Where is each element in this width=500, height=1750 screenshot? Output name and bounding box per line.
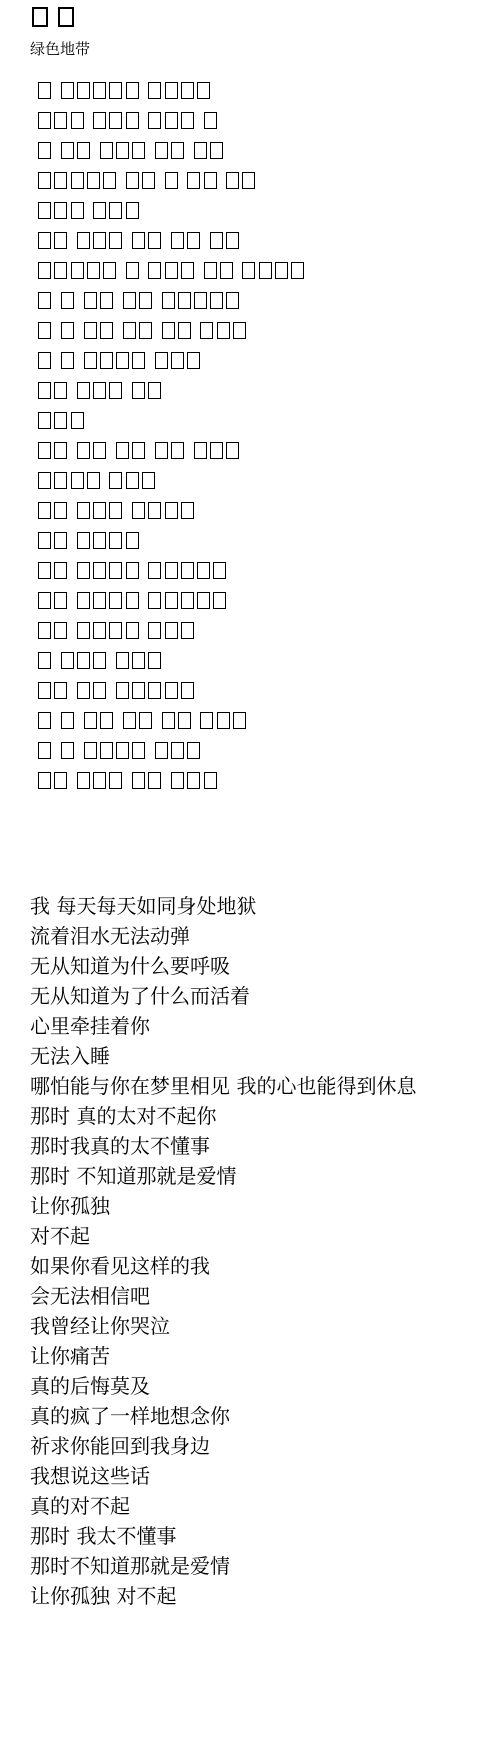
lyrics-page: 绿色地带 我 每天每天如同身处地狱流着泪水无法动弹无从知道为什么要呼吸无从知道为… <box>0 0 500 1612</box>
missing-glyph-box <box>148 622 161 639</box>
missing-glyph-box <box>116 142 129 159</box>
missing-glyph-box <box>123 292 136 309</box>
missing-glyph-box <box>84 292 97 309</box>
missing-glyph-box <box>93 622 106 639</box>
missing-glyph-box <box>165 622 178 639</box>
missing-glyph-box <box>84 742 97 759</box>
missing-glyph-box <box>84 322 97 339</box>
missing-glyph-box <box>100 742 113 759</box>
missing-glyph-box <box>126 592 139 609</box>
missing-glyph-box <box>77 622 90 639</box>
korean-lyric-line <box>30 408 480 438</box>
missing-glyph-box <box>155 742 168 759</box>
missing-glyph-box <box>93 652 106 669</box>
missing-glyph-box <box>54 592 67 609</box>
korean-lyric-line <box>30 498 480 528</box>
chinese-lyric-line: 真的后悔莫及 <box>30 1372 480 1402</box>
korean-lyric-line <box>30 618 480 648</box>
missing-glyph-box <box>54 232 67 249</box>
missing-glyph-box <box>71 112 84 129</box>
missing-glyph-box <box>109 772 122 789</box>
korean-lyric-line <box>30 558 480 588</box>
missing-glyph-box <box>38 232 51 249</box>
missing-glyph-box <box>54 772 67 789</box>
korean-lyric-line <box>30 678 480 708</box>
missing-glyph-box <box>61 292 74 309</box>
missing-glyph-box <box>132 652 145 669</box>
korean-lyric-line <box>30 738 480 768</box>
missing-glyph-box <box>116 652 129 669</box>
missing-glyph-box <box>165 592 178 609</box>
missing-glyph-box <box>155 442 168 459</box>
missing-glyph-box <box>38 112 51 129</box>
missing-glyph-box <box>93 592 106 609</box>
missing-glyph-box <box>204 172 217 189</box>
missing-glyph-box <box>126 202 139 219</box>
missing-glyph-box <box>71 472 84 489</box>
missing-glyph-box <box>187 232 200 249</box>
korean-lyric-line <box>30 648 480 678</box>
missing-glyph-box <box>171 742 184 759</box>
missing-glyph-box <box>171 232 184 249</box>
missing-glyph-box <box>162 322 175 339</box>
missing-glyph-box <box>148 592 161 609</box>
chinese-lyric-line: 祈求你能回到我身边 <box>30 1432 480 1462</box>
korean-lyric-line <box>30 168 480 198</box>
korean-lyric-line <box>30 468 480 498</box>
korean-lyrics-section <box>30 78 480 798</box>
missing-glyph-box <box>109 472 122 489</box>
missing-glyph-box <box>155 142 168 159</box>
missing-glyph-box <box>181 82 194 99</box>
missing-glyph-box <box>210 232 223 249</box>
missing-glyph-box <box>38 502 51 519</box>
missing-glyph-box <box>132 502 145 519</box>
missing-glyph-box <box>77 232 90 249</box>
missing-glyph-box <box>116 682 129 699</box>
missing-glyph-box <box>54 472 67 489</box>
missing-glyph-box <box>187 352 200 369</box>
missing-glyph-box <box>181 112 194 129</box>
missing-glyph-box <box>38 292 51 309</box>
missing-glyph-box <box>148 112 161 129</box>
korean-lyric-line <box>30 378 480 408</box>
missing-glyph-box <box>126 262 139 279</box>
missing-glyph-box <box>187 772 200 789</box>
missing-glyph-box <box>181 502 194 519</box>
missing-glyph-box <box>38 322 51 339</box>
missing-glyph-box <box>109 82 122 99</box>
missing-glyph-box <box>213 592 226 609</box>
missing-glyph-box <box>178 322 191 339</box>
missing-glyph-box <box>103 172 116 189</box>
missing-glyph-box <box>155 352 168 369</box>
missing-glyph-box <box>132 142 145 159</box>
missing-glyph-box <box>291 262 304 279</box>
missing-glyph-box <box>233 322 246 339</box>
missing-glyph-box <box>93 442 106 459</box>
missing-glyph-box <box>100 322 113 339</box>
missing-glyph-box <box>77 502 90 519</box>
missing-glyph-box <box>87 172 100 189</box>
missing-glyph-box <box>126 82 139 99</box>
missing-glyph-box <box>165 172 178 189</box>
missing-glyph-box <box>61 712 74 729</box>
chinese-lyric-line: 心里牵挂着你 <box>30 1012 480 1042</box>
missing-glyph-box <box>165 82 178 99</box>
missing-glyph-box <box>210 442 223 459</box>
missing-glyph-box <box>38 562 51 579</box>
missing-glyph-box <box>71 202 84 219</box>
korean-lyric-line <box>30 228 480 258</box>
missing-glyph-box <box>100 292 113 309</box>
missing-glyph-box <box>194 442 207 459</box>
missing-glyph-box <box>38 352 51 369</box>
missing-glyph-box <box>213 562 226 579</box>
korean-lyric-line <box>30 348 480 378</box>
missing-glyph-box <box>171 142 184 159</box>
missing-glyph-box <box>71 412 84 429</box>
missing-glyph-box <box>132 442 145 459</box>
missing-glyph-box <box>148 232 161 249</box>
missing-glyph-box <box>38 742 51 759</box>
missing-glyph-box <box>54 382 67 399</box>
missing-glyph-box <box>38 772 51 789</box>
missing-glyph-box <box>87 262 100 279</box>
missing-glyph-box <box>100 142 113 159</box>
missing-glyph-box <box>61 82 74 99</box>
missing-glyph-box <box>61 322 74 339</box>
missing-glyph-box <box>38 682 51 699</box>
chinese-lyric-line: 流着泪水无法动弹 <box>30 922 480 952</box>
missing-glyph-box <box>93 532 106 549</box>
missing-glyph-box <box>233 712 246 729</box>
missing-glyph-box <box>197 592 210 609</box>
missing-glyph-box <box>38 712 51 729</box>
missing-glyph-box <box>139 712 152 729</box>
chinese-lyric-line: 会无法相信吧 <box>30 1282 480 1312</box>
missing-glyph-box <box>38 142 51 159</box>
missing-glyph-box <box>181 562 194 579</box>
missing-glyph-box <box>148 772 161 789</box>
missing-glyph-box <box>32 7 48 27</box>
missing-glyph-box <box>226 442 239 459</box>
missing-glyph-box <box>61 652 74 669</box>
missing-glyph-box <box>109 502 122 519</box>
chinese-lyric-line: 我 每天每天如同身处地狱 <box>30 892 480 922</box>
chinese-lyric-line: 哪怕能与你在梦里相见 我的心也能得到休息 <box>30 1072 480 1102</box>
korean-lyric-line <box>30 318 480 348</box>
missing-glyph-box <box>210 292 223 309</box>
korean-lyric-line <box>30 588 480 618</box>
missing-glyph-box <box>109 112 122 129</box>
missing-glyph-box <box>77 772 90 789</box>
missing-glyph-box <box>126 622 139 639</box>
missing-glyph-box <box>148 562 161 579</box>
chinese-lyric-line: 无法入睡 <box>30 1042 480 1072</box>
missing-glyph-box <box>126 562 139 579</box>
missing-glyph-box <box>162 712 175 729</box>
korean-lyric-line <box>30 288 480 318</box>
missing-glyph-box <box>226 292 239 309</box>
missing-glyph-box <box>109 562 122 579</box>
missing-glyph-box <box>116 742 129 759</box>
missing-glyph-box <box>93 382 106 399</box>
missing-glyph-box <box>148 652 161 669</box>
missing-glyph-box <box>217 322 230 339</box>
chinese-lyric-line: 那时 真的太对不起你 <box>30 1102 480 1132</box>
missing-glyph-box <box>148 82 161 99</box>
missing-glyph-box <box>275 262 288 279</box>
missing-glyph-box <box>162 292 175 309</box>
missing-glyph-box <box>38 412 51 429</box>
missing-glyph-box <box>77 652 90 669</box>
missing-glyph-box <box>259 262 272 279</box>
missing-glyph-box <box>204 772 217 789</box>
chinese-lyric-line: 那时 不知道那就是爱情 <box>30 1162 480 1192</box>
korean-lyric-line <box>30 198 480 228</box>
missing-glyph-box <box>126 532 139 549</box>
missing-glyph-box <box>200 712 213 729</box>
missing-glyph-box <box>77 142 90 159</box>
missing-glyph-box <box>61 352 74 369</box>
missing-glyph-box <box>142 172 155 189</box>
missing-glyph-box <box>38 532 51 549</box>
missing-glyph-box <box>54 202 67 219</box>
chinese-lyric-line: 那时我真的太不懂事 <box>30 1132 480 1162</box>
missing-glyph-box <box>61 742 74 759</box>
missing-glyph-box <box>116 352 129 369</box>
missing-glyph-box <box>109 592 122 609</box>
korean-lyric-line <box>30 258 480 288</box>
chinese-lyric-line: 对不起 <box>30 1222 480 1252</box>
missing-glyph-box <box>109 382 122 399</box>
korean-lyric-line <box>30 138 480 168</box>
missing-glyph-box <box>132 682 145 699</box>
missing-glyph-box <box>61 142 74 159</box>
korean-lyric-line <box>30 708 480 738</box>
missing-glyph-box <box>178 292 191 309</box>
missing-glyph-box <box>103 262 116 279</box>
missing-glyph-box <box>178 712 191 729</box>
missing-glyph-box <box>148 682 161 699</box>
missing-glyph-box <box>126 172 139 189</box>
missing-glyph-box <box>54 532 67 549</box>
missing-glyph-box <box>165 262 178 279</box>
missing-glyph-box <box>165 502 178 519</box>
korean-lyric-line <box>30 78 480 108</box>
missing-glyph-box <box>217 712 230 729</box>
missing-glyph-box <box>123 322 136 339</box>
missing-glyph-box <box>139 322 152 339</box>
korean-lyric-line <box>30 438 480 468</box>
missing-glyph-box <box>194 292 207 309</box>
missing-glyph-box <box>54 262 67 279</box>
missing-glyph-box <box>181 622 194 639</box>
missing-glyph-box <box>187 172 200 189</box>
missing-glyph-box <box>54 622 67 639</box>
missing-glyph-box <box>181 262 194 279</box>
missing-glyph-box <box>204 112 217 129</box>
missing-glyph-box <box>54 562 67 579</box>
chinese-lyric-line: 我曾经让你哭泣 <box>30 1312 480 1342</box>
korean-lyric-line <box>30 108 480 138</box>
missing-glyph-box <box>77 592 90 609</box>
missing-glyph-box <box>38 262 51 279</box>
artist-name: 绿色地带 <box>30 40 480 60</box>
missing-glyph-box <box>93 82 106 99</box>
missing-glyph-box <box>109 532 122 549</box>
missing-glyph-box <box>38 382 51 399</box>
missing-glyph-box <box>132 772 145 789</box>
missing-glyph-box <box>210 142 223 159</box>
missing-glyph-box <box>171 772 184 789</box>
song-title <box>30 6 480 34</box>
missing-glyph-box <box>54 112 67 129</box>
missing-glyph-box <box>132 232 145 249</box>
chinese-lyric-line: 让你孤独 对不起 <box>30 1582 480 1612</box>
missing-glyph-box <box>109 202 122 219</box>
chinese-lyric-line: 那时不知道那就是爱情 <box>30 1552 480 1582</box>
chinese-lyrics-section: 我 每天每天如同身处地狱流着泪水无法动弹无从知道为什么要呼吸无从知道为了什么而活… <box>30 892 480 1612</box>
missing-glyph-box <box>139 292 152 309</box>
missing-glyph-box <box>93 112 106 129</box>
missing-glyph-box <box>38 592 51 609</box>
missing-glyph-box <box>93 202 106 219</box>
missing-glyph-box <box>148 382 161 399</box>
missing-glyph-box <box>54 172 67 189</box>
missing-glyph-box <box>126 112 139 129</box>
missing-glyph-box <box>38 82 51 99</box>
missing-glyph-box <box>204 262 217 279</box>
missing-glyph-box <box>181 592 194 609</box>
missing-glyph-box <box>54 412 67 429</box>
missing-glyph-box <box>116 442 129 459</box>
korean-lyric-line <box>30 768 480 798</box>
missing-glyph-box <box>77 82 90 99</box>
missing-glyph-box <box>200 322 213 339</box>
missing-glyph-box <box>54 502 67 519</box>
missing-glyph-box <box>100 352 113 369</box>
missing-glyph-box <box>38 172 51 189</box>
missing-glyph-box <box>109 232 122 249</box>
missing-glyph-box <box>142 472 155 489</box>
missing-glyph-box <box>87 472 100 489</box>
chinese-lyric-line: 那时 我太不懂事 <box>30 1522 480 1552</box>
chinese-lyric-line: 无从知道为什么要呼吸 <box>30 952 480 982</box>
missing-glyph-box <box>38 622 51 639</box>
missing-glyph-box <box>165 562 178 579</box>
chinese-lyric-line: 真的疯了一样地想念你 <box>30 1402 480 1432</box>
missing-glyph-box <box>84 712 97 729</box>
missing-glyph-box <box>93 562 106 579</box>
korean-lyric-line <box>30 528 480 558</box>
missing-glyph-box <box>197 82 210 99</box>
missing-glyph-box <box>93 502 106 519</box>
missing-glyph-box <box>171 442 184 459</box>
missing-glyph-box <box>38 202 51 219</box>
missing-glyph-box <box>100 712 113 729</box>
chinese-lyric-line: 真的对不起 <box>30 1492 480 1522</box>
missing-glyph-box <box>171 352 184 369</box>
missing-glyph-box <box>132 742 145 759</box>
missing-glyph-box <box>123 712 136 729</box>
missing-glyph-box <box>148 502 161 519</box>
missing-glyph-box <box>132 352 145 369</box>
missing-glyph-box <box>54 682 67 699</box>
missing-glyph-box <box>109 622 122 639</box>
chinese-lyric-line: 让你痛苦 <box>30 1342 480 1372</box>
missing-glyph-box <box>93 682 106 699</box>
missing-glyph-box <box>58 7 74 27</box>
missing-glyph-box <box>84 352 97 369</box>
chinese-lyric-line: 无从知道为了什么而活着 <box>30 982 480 1012</box>
missing-glyph-box <box>38 652 51 669</box>
missing-glyph-box <box>165 112 178 129</box>
missing-glyph-box <box>93 232 106 249</box>
missing-glyph-box <box>242 172 255 189</box>
missing-glyph-box <box>165 682 178 699</box>
missing-glyph-box <box>181 682 194 699</box>
missing-glyph-box <box>77 682 90 699</box>
missing-glyph-box <box>194 142 207 159</box>
missing-glyph-box <box>132 382 145 399</box>
chinese-lyric-line: 让你孤独 <box>30 1192 480 1222</box>
missing-glyph-box <box>197 562 210 579</box>
missing-glyph-box <box>71 172 84 189</box>
missing-glyph-box <box>220 262 233 279</box>
missing-glyph-box <box>77 382 90 399</box>
missing-glyph-box <box>77 442 90 459</box>
missing-glyph-box <box>54 442 67 459</box>
missing-glyph-box <box>38 472 51 489</box>
missing-glyph-box <box>187 742 200 759</box>
missing-glyph-box <box>226 172 239 189</box>
missing-glyph-box <box>126 472 139 489</box>
missing-glyph-box <box>242 262 255 279</box>
chinese-lyric-line: 如果你看见这样的我 <box>30 1252 480 1282</box>
missing-glyph-box <box>77 532 90 549</box>
missing-glyph-box <box>226 232 239 249</box>
chinese-lyric-line: 我想说这些话 <box>30 1462 480 1492</box>
missing-glyph-box <box>148 262 161 279</box>
missing-glyph-box <box>77 562 90 579</box>
missing-glyph-box <box>38 442 51 459</box>
missing-glyph-box <box>71 262 84 279</box>
missing-glyph-box <box>93 772 106 789</box>
